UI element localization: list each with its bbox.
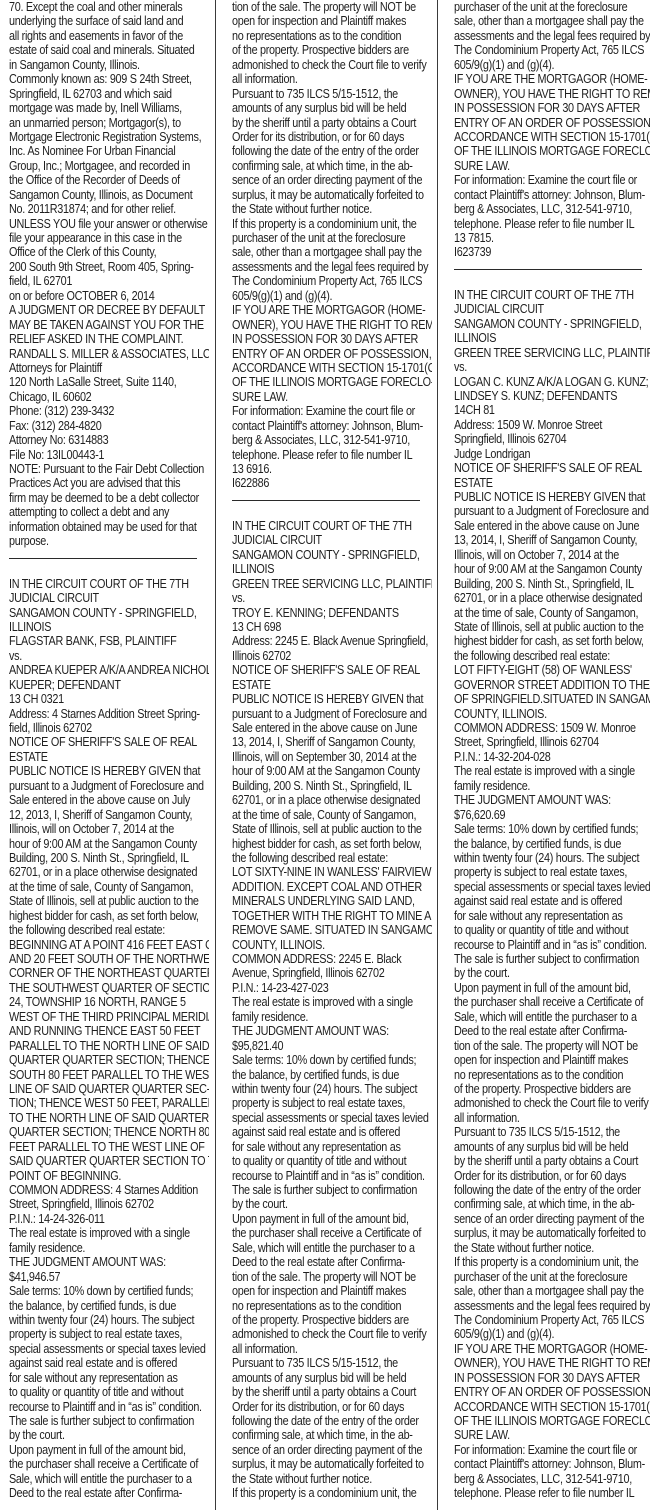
text-line: IN POSSESSION FOR 30 DAYS AFTER: [232, 332, 404, 346]
text-line: LINE OF SAID QUARTER QUARTER SEC-: [9, 1082, 181, 1096]
text-line: vs.: [9, 649, 181, 663]
text-line: CORNER OF THE NORTHEAST QUARTER OF: [9, 966, 181, 980]
text-line: COMMON ADDRESS: 4 Starnes Addition: [9, 1183, 181, 1197]
text-line: 13, 2014, I, Sheriff of Sangamon County,: [232, 735, 404, 749]
text-line: information obtained may be used for tha…: [9, 520, 181, 534]
text-line: Deed to the real estate after Confirma-: [232, 1255, 404, 1269]
text-line: assessments and the legal fees required …: [232, 260, 404, 274]
text-line: The sale is further subject to confirmat…: [454, 952, 623, 966]
text-line: 605/9(g)(1) and (g)(4).: [232, 289, 404, 303]
text-line: THE JUDGMENT AMOUNT WAS:: [9, 1255, 181, 1269]
text-line: the balance, by certified funds, is due: [454, 837, 623, 851]
text-line: contact Plaintiff's attorney: Johnson, B…: [454, 1457, 623, 1471]
text-line: 605/9(g)(1) and (g)(4).: [454, 1327, 623, 1341]
text-line: purpose.: [9, 534, 181, 548]
text-line: by the sheriff until a party obtains a C…: [454, 1154, 623, 1168]
text-line: SANGAMON COUNTY - SPRINGFIELD,: [9, 606, 181, 620]
text-line: hour of 9:00 AM at the Sangamon County: [232, 764, 404, 778]
text-line: COUNTY, ILLINOIS.: [454, 707, 623, 721]
text-line: field, Illinois 62702: [9, 721, 181, 735]
text-line: For information: Examine the court file …: [232, 404, 404, 418]
text-line: The sale is further subject to confirmat…: [9, 1414, 181, 1428]
text-line: Chicago, IL 60602: [9, 390, 181, 404]
text-line: purchaser of the unit at the foreclosure: [454, 0, 623, 14]
text-line: Order for its distribution, or for 60 da…: [454, 1169, 623, 1183]
text-line: ILLINOIS: [232, 562, 404, 576]
text-line: 605/9(g)(1) and (g)(4).: [454, 58, 623, 72]
text-line: Sale, which will entitle the purchaser t…: [9, 1472, 181, 1486]
text-line: The Condominium Property Act, 765 ILCS: [232, 274, 404, 288]
text-line: 70. Except the coal and other minerals: [9, 0, 181, 14]
text-line: ACCORDANCE WITH SECTION 15-1701(C): [232, 361, 404, 375]
text-line: within twenty four (24) hours. The subje…: [232, 1082, 404, 1096]
text-line: surplus, it may be automatically forfeit…: [454, 1226, 623, 1240]
text-line: admonished to check the Court file to ve…: [454, 1096, 623, 1110]
text-line: FLAGSTAR BANK, FSB, PLAINTIFF: [9, 634, 181, 648]
text-line: PUBLIC NOTICE IS HEREBY GIVEN that: [232, 692, 404, 706]
text-line: recourse to Plaintiff and in “as is” con…: [9, 1400, 181, 1414]
text-line: COMMON ADDRESS: 2245 E. Black: [232, 952, 404, 966]
text-line: OF THE ILLINOIS MORTGAGE FORECLO-: [454, 1414, 623, 1428]
text-line: Upon payment in full of the amount bid,: [454, 981, 623, 995]
text-line: sence of an order directing payment of t…: [232, 1443, 404, 1457]
text-line: Deed to the real estate after Confirma-: [454, 1024, 623, 1038]
text-line: ADDITION. EXCEPT COAL AND OTHER: [232, 880, 404, 894]
text-line: PUBLIC NOTICE IS HEREBY GIVEN that: [9, 764, 181, 778]
text-line: Phone: (312) 239-3432: [9, 404, 181, 418]
text-line: the State without further notice.: [454, 1241, 623, 1255]
text-line: purchaser of the unit at the foreclosure: [232, 231, 404, 245]
text-line: sale, other than a mortgagee shall pay t…: [454, 1284, 623, 1298]
text-line: 62701, or in a place otherwise designate…: [9, 865, 181, 879]
text-line: MINERALS UNDERLYING SAID LAND,: [232, 894, 404, 908]
text-line: Mortgage Electronic Registration Systems…: [9, 130, 181, 144]
text-line: OF THE ILLINOIS MORTGAGE FORECLO-: [232, 375, 404, 389]
text-line: TROY E. KENNING; DEFENDANTS: [232, 606, 404, 620]
text-line: special assessments or special taxes lev…: [454, 880, 623, 894]
text-line: ANDREA KUEPER A/K/A ANDREA NICHOLE: [9, 663, 181, 677]
text-line: mortgage was made by, Inell Williams,: [9, 101, 181, 115]
text-line: assessments and the legal fees required …: [454, 1299, 623, 1313]
notice-separator: [232, 500, 420, 501]
text-line: P.I.N.: 14-23-427-023: [232, 981, 404, 995]
text-line: JUDICIAL CIRCUIT: [9, 591, 181, 605]
text-line: SAID QUARTER QUARTER SECTION TO THE: [9, 1154, 181, 1168]
text-line: For information: Examine the court file …: [454, 1443, 623, 1457]
text-line: Address: 2245 E. Black Avenue Springfiel…: [232, 634, 404, 648]
text-line: Upon payment in full of the amount bid,: [232, 1212, 404, 1226]
text-line: sale, other than a mortgagee shall pay t…: [232, 245, 404, 259]
text-line: 14CH 81: [454, 403, 623, 417]
text-line: estate of said coal and minerals. Situat…: [9, 43, 181, 57]
text-line: vs.: [454, 360, 623, 374]
text-line: firm may be deemed to be a debt collecto…: [9, 491, 181, 505]
text-line: Springfield, Illinois 62704: [454, 432, 623, 446]
text-line: the State without further notice.: [232, 1472, 404, 1486]
notice-text-block: purchaser of the unit at the foreclosure…: [454, 0, 650, 260]
text-line: hour of 9:00 AM at the Sangamon County: [454, 562, 623, 576]
text-line: IN THE CIRCUIT COURT OF THE 7TH: [232, 519, 404, 533]
text-line: of the property. Prospective bidders are: [232, 43, 404, 57]
text-line: against said real estate and is offered: [9, 1356, 181, 1370]
text-line: JUDICIAL CIRCUIT: [454, 302, 623, 316]
text-line: ILLINOIS: [454, 331, 623, 345]
text-line: Office of the Clerk of this County,: [9, 245, 181, 259]
text-line: ILLINOIS: [9, 620, 181, 634]
text-line: $76,620.69: [454, 808, 623, 822]
text-line: for sale without any representation as: [9, 1371, 181, 1385]
text-line: RELIEF ASKED IN THE COMPLAINT.: [9, 332, 181, 346]
text-line: amounts of any surplus bid will be held: [232, 1371, 404, 1385]
text-line: recourse to Plaintiff and in “as is” con…: [454, 938, 623, 952]
text-line: REMOVE SAME. SITUATED IN SANGAMON: [232, 923, 404, 937]
text-line: I623739: [454, 245, 623, 259]
text-line: Group, Inc.; Mortgagee, and recorded in: [9, 159, 181, 173]
text-line: 12, 2013, I, Sheriff of Sangamon County,: [9, 808, 181, 822]
text-line: Practices Act you are advised that this: [9, 476, 181, 490]
text-line: attempting to collect a debt and any: [9, 505, 181, 519]
text-line: IF YOU ARE THE MORTGAGOR (HOME-: [454, 72, 623, 86]
text-line: UNLESS YOU file your answer or otherwise: [9, 217, 181, 231]
text-line: field, IL 62701: [9, 274, 181, 288]
text-line: File No: 13IL00443-1: [9, 448, 181, 462]
text-line: LOT SIXTY-NINE IN WANLESS' FAIRVIEW: [232, 865, 404, 879]
text-line: family residence.: [9, 1241, 181, 1255]
text-line: admonished to check the Court file to ve…: [232, 1327, 404, 1341]
text-line: ESTATE: [454, 476, 623, 490]
text-line: 13 6916.: [232, 462, 404, 476]
text-line: Sale terms: 10% down by certified funds;: [454, 822, 623, 836]
text-line: Building, 200 S. Ninth St., Springfield,…: [9, 851, 181, 865]
text-line: to quality or quantity of title and with…: [454, 923, 623, 937]
text-line: Order for its distribution, or for 60 da…: [232, 130, 404, 144]
text-line: QUARTER SECTION; THENCE NORTH 80: [9, 1125, 181, 1139]
text-line: Judge Londrigan: [454, 447, 623, 461]
text-line: following the date of the entry of the o…: [454, 1183, 623, 1197]
text-line: Building, 200 S. Ninth St., Springfield,…: [454, 577, 623, 591]
text-line: BEGINNING AT A POINT 416 FEET EAST OF: [9, 938, 181, 952]
text-line: property is subject to real estate taxes…: [9, 1327, 181, 1341]
text-line: the balance, by certified funds, is due: [9, 1299, 181, 1313]
text-line: tion of the sale. The property will NOT …: [232, 1270, 404, 1284]
text-line: OF THE ILLINOIS MORTGAGE FORECLO-: [454, 144, 623, 158]
text-line: recourse to Plaintiff and in “as is” con…: [232, 1169, 404, 1183]
text-line: berg & Associates, LLC, 312-541-9710,: [454, 1472, 623, 1486]
notice-separator: [9, 558, 197, 559]
text-line: NOTICE OF SHERIFF'S SALE OF REAL: [232, 663, 404, 677]
text-line: property is subject to real estate taxes…: [232, 1096, 404, 1110]
text-line: pursuant to a Judgment of Foreclosure an…: [9, 779, 181, 793]
text-line: Pursuant to 735 ILCS 5/15-1512, the: [454, 1125, 623, 1139]
text-line: the purchaser shall receive a Certificat…: [454, 995, 623, 1009]
text-line: $41,946.57: [9, 1270, 181, 1284]
text-line: Commonly known as: 909 S 24th Street,: [9, 72, 181, 86]
text-line: 13 CH 698: [232, 620, 404, 634]
text-line: 62701, or in a place otherwise designate…: [232, 793, 404, 807]
text-line: the following described real estate:: [454, 649, 623, 663]
text-line: telephone. Please refer to file number I…: [454, 1486, 623, 1500]
text-line: I622886: [232, 476, 404, 490]
text-line: NOTICE OF SHERIFF'S SALE OF REAL: [9, 735, 181, 749]
text-line: 13 CH 0321: [9, 692, 181, 706]
text-line: all information.: [454, 1111, 623, 1125]
text-line: Illinois, will on October 7, 2014 at the: [9, 822, 181, 836]
text-line: Upon payment in full of the amount bid,: [9, 1443, 181, 1457]
text-line: confirming sale, at which time, in the a…: [454, 1197, 623, 1211]
text-line: The real estate is improved with a singl…: [454, 764, 623, 778]
notice-text-block: IN THE CIRCUIT COURT OF THE 7THJUDICIAL …: [9, 577, 209, 1501]
text-line: IF YOU ARE THE MORTGAGOR (HOME-: [454, 1342, 623, 1356]
text-line: property is subject to real estate taxes…: [454, 865, 623, 879]
text-line: JUDICIAL CIRCUIT: [232, 533, 404, 547]
text-line: The sale is further subject to confirmat…: [232, 1183, 404, 1197]
text-line: sale, other than a mortgagee shall pay t…: [454, 14, 623, 28]
text-line: PARALLEL TO THE NORTH LINE OF SAID: [9, 1039, 181, 1053]
text-line: open for inspection and Plaintiff makes: [232, 1284, 404, 1298]
text-line: all rights and easements in favor of the: [9, 29, 181, 43]
text-line: SANGAMON COUNTY - SPRINGFIELD,: [232, 548, 404, 562]
text-line: the purchaser shall receive a Certificat…: [9, 1457, 181, 1471]
text-line: an unmarried person; Mortgagor(s), to: [9, 116, 181, 130]
text-line: highest bidder for cash, as set forth be…: [232, 837, 404, 851]
text-line: RANDALL S. MILLER & ASSOCIATES, LLC: [9, 347, 181, 361]
text-line: the purchaser shall receive a Certificat…: [232, 1226, 404, 1240]
text-line: Street, Springfield, Illinois 62702: [9, 1197, 181, 1211]
text-line: surplus, it may be automatically forfeit…: [232, 188, 404, 202]
text-line: the Office of the Recorder of Deeds of: [9, 173, 181, 187]
text-line: open for inspection and Plaintiff makes: [454, 1053, 623, 1067]
column-1: 70. Except the coal and other mineralsun…: [9, 0, 209, 1510]
text-line: For information: Examine the court file …: [454, 173, 623, 187]
text-line: no representations as to the condition: [232, 29, 404, 43]
text-line: ENTRY OF AN ORDER OF POSSESSION, IN: [232, 347, 404, 361]
text-line: Illinois, will on October 7, 2014 at the: [454, 548, 623, 562]
text-line: no representations as to the condition: [232, 1299, 404, 1313]
text-line: assessments and the legal fees required …: [454, 29, 623, 43]
text-line: Sale terms: 10% down by certified funds;: [232, 1053, 404, 1067]
text-line: contact Plaintiff's attorney: Johnson, B…: [454, 188, 623, 202]
text-line: 200 South 9th Street, Room 405, Spring-: [9, 260, 181, 274]
text-line: WEST OF THE THIRD PRINCIPAL MERIDIAN: [9, 1010, 181, 1024]
text-line: LOT FIFTY-EIGHT (58) OF WANLESS': [454, 663, 623, 677]
text-line: State of Illinois, sell at public auctio…: [454, 620, 623, 634]
text-line: by the court.: [232, 1197, 404, 1211]
text-line: the balance, by certified funds, is due: [232, 1068, 404, 1082]
text-line: underlying the surface of said land and: [9, 14, 181, 28]
text-line: for sale without any representation as: [232, 1140, 404, 1154]
text-line: all information.: [232, 1342, 404, 1356]
text-line: Springfield, IL 62703 and which said: [9, 87, 181, 101]
text-line: AND RUNNING THENCE EAST 50 FEET: [9, 1024, 181, 1038]
text-line: by the sheriff until a party obtains a C…: [232, 116, 404, 130]
text-line: Deed to the real estate after Confirma-: [9, 1486, 181, 1500]
text-line: berg & Associates, LLC, 312-541-9710,: [454, 202, 623, 216]
text-line: highest bidder for cash, as set forth be…: [9, 909, 181, 923]
text-line: Sangamon County, Illinois, as Document: [9, 188, 181, 202]
text-line: sence of an order directing payment of t…: [454, 1212, 623, 1226]
legal-notices-page: 70. Except the coal and other mineralsun…: [0, 0, 652, 1510]
text-line: Attorneys for Plaintiff: [9, 361, 181, 375]
text-line: 13 7815.: [454, 231, 623, 245]
text-line: all information.: [232, 72, 404, 86]
notice-text-block: 70. Except the coal and other mineralsun…: [9, 0, 209, 549]
text-line: telephone. Please refer to file number I…: [454, 217, 623, 231]
text-line: Attorney No: 6314883: [9, 433, 181, 447]
text-line: OWNER), YOU HAVE THE RIGHT TO REMAIN: [454, 1356, 623, 1370]
text-line: Illinois, will on September 30, 2014 at …: [232, 750, 404, 764]
text-line: FEET PARALLEL TO THE WEST LINE OF: [9, 1140, 181, 1154]
text-line: THE JUDGMENT AMOUNT WAS:: [454, 793, 623, 807]
text-line: no representations as to the condition: [454, 1068, 623, 1082]
text-line: surplus, it may be automatically forfeit…: [232, 1457, 404, 1471]
text-line: for sale without any representation as: [454, 909, 623, 923]
text-line: Order for its distribution, or for 60 da…: [232, 1400, 404, 1414]
text-line: Sale entered in the above cause on June: [454, 519, 623, 533]
text-line: 13, 2014, I, Sheriff of Sangamon County,: [454, 533, 623, 547]
text-line: IF YOU ARE THE MORTGAGOR (HOME-: [232, 303, 404, 317]
text-line: the following described real estate:: [9, 923, 181, 937]
text-line: Street, Springfield, Illinois 62704: [454, 735, 623, 749]
text-line: Illinois 62702: [232, 649, 404, 663]
text-line: Sale terms: 10% down by certified funds;: [9, 1284, 181, 1298]
text-line: The real estate is improved with a singl…: [9, 1226, 181, 1240]
text-line: amounts of any surplus bid will be held: [454, 1140, 623, 1154]
text-line: GREEN TREE SERVICING LLC, PLAINTIFF: [454, 346, 623, 360]
text-line: pursuant to a Judgment of Foreclosure an…: [454, 504, 623, 518]
text-line: the following described real estate:: [232, 851, 404, 865]
text-line: tion of the sale. The property will NOT …: [232, 0, 404, 14]
text-line: The real estate is improved with a singl…: [232, 995, 404, 1009]
text-line: COUNTY, ILLINOIS.: [232, 938, 404, 952]
text-line: OWNER), YOU HAVE THE RIGHT TO REMAIN: [454, 87, 623, 101]
text-line: ENTRY OF AN ORDER OF POSSESSION, IN: [454, 116, 623, 130]
text-line: P.I.N.: 14-32-204-028: [454, 750, 623, 764]
text-line: IN POSSESSION FOR 30 DAYS AFTER: [454, 101, 623, 115]
text-line: special assessments or special taxes lev…: [232, 1111, 404, 1125]
text-line: on or before OCTOBER 6, 2014: [9, 289, 181, 303]
text-line: QUARTER QUARTER SECTION; THENCE: [9, 1053, 181, 1067]
text-line: TOGETHER WITH THE RIGHT TO MINE AND: [232, 909, 404, 923]
text-line: ESTATE: [232, 678, 404, 692]
text-line: Inc. As Nominee For Urban Financial: [9, 144, 181, 158]
text-line: IN THE CIRCUIT COURT OF THE 7TH: [9, 577, 181, 591]
text-line: Pursuant to 735 ILCS 5/15-1512, the: [232, 87, 404, 101]
text-line: purchaser of the unit at the foreclosure: [454, 1270, 623, 1284]
text-line: POINT OF BEGINNING.: [9, 1169, 181, 1183]
text-line: Pursuant to 735 ILCS 5/15-1512, the: [232, 1356, 404, 1370]
text-line: 24, TOWNSHIP 16 NORTH, RANGE 5: [9, 995, 181, 1009]
text-line: SANGAMON COUNTY - SPRINGFIELD,: [454, 317, 623, 331]
text-line: sence of an order directing payment of t…: [232, 173, 404, 187]
text-line: of the property. Prospective bidders are: [454, 1082, 623, 1096]
column-rule: [437, 0, 438, 1510]
text-line: family residence.: [454, 779, 623, 793]
text-line: SURE LAW.: [454, 159, 623, 173]
text-line: of the property. Prospective bidders are: [232, 1313, 404, 1327]
text-line: LOGAN C. KUNZ A/K/A LOGAN G. KUNZ;: [454, 375, 623, 389]
text-line: A JUDGMENT OR DECREE BY DEFAULT: [9, 303, 181, 317]
text-line: the State without further notice.: [232, 202, 404, 216]
text-line: KUEPER; DEFENDANT: [9, 678, 181, 692]
text-line: Fax: (312) 284-4820: [9, 419, 181, 433]
text-line: Sale, which will entitle the purchaser t…: [232, 1241, 404, 1255]
text-line: file your appearance in this case in the: [9, 231, 181, 245]
text-line: COMMON ADDRESS: 1509 W. Monroe: [454, 721, 623, 735]
text-line: SURE LAW.: [232, 390, 404, 404]
text-line: AND 20 FEET SOUTH OF THE NORTHWEST: [9, 952, 181, 966]
text-line: THE JUDGMENT AMOUNT WAS:: [232, 1024, 404, 1038]
text-line: 62701, or in a place otherwise designate…: [454, 591, 623, 605]
text-line: Building, 200 S. Ninth St., Springfield,…: [232, 779, 404, 793]
text-line: special assessments or special taxes lev…: [9, 1342, 181, 1356]
text-line: OF SPRINGFIELD.SITUATED IN SANGAMON: [454, 692, 623, 706]
text-line: following the date of the entry of the o…: [232, 1414, 404, 1428]
text-line: against said real estate and is offered: [232, 1125, 404, 1139]
text-line: IN POSSESSION FOR 30 DAYS AFTER: [454, 1371, 623, 1385]
text-line: NOTE: Pursuant to the Fair Debt Collecti…: [9, 462, 181, 476]
text-line: to quality or quantity of title and with…: [9, 1385, 181, 1399]
text-line: State of Illinois, sell at public auctio…: [9, 894, 181, 908]
text-line: against said real estate and is offered: [454, 894, 623, 908]
text-line: in Sangamon County, Illinois.: [9, 58, 181, 72]
text-line: P.I.N.: 14-24-326-011: [9, 1212, 181, 1226]
text-line: at the time of sale, County of Sangamon,: [232, 808, 404, 822]
text-line: highest bidder for cash, as set forth be…: [454, 634, 623, 648]
text-line: PUBLIC NOTICE IS HEREBY GIVEN that: [454, 490, 623, 504]
text-line: NOTICE OF SHERIFF'S SALE OF REAL: [454, 461, 623, 475]
text-line: amounts of any surplus bid will be held: [232, 101, 404, 115]
text-line: open for inspection and Plaintiff makes: [232, 14, 404, 28]
text-line: pursuant to a Judgment of Foreclosure an…: [232, 707, 404, 721]
text-line: Sale entered in the above cause on July: [9, 793, 181, 807]
text-line: vs.: [232, 591, 404, 605]
text-line: confirming sale, at which time, in the a…: [232, 1428, 404, 1442]
text-line: $95,821.40: [232, 1039, 404, 1053]
text-line: Avenue, Springfield, Illinois 62702: [232, 966, 404, 980]
text-line: tion of the sale. The property will NOT …: [454, 1039, 623, 1053]
text-line: ACCORDANCE WITH SECTION 15-1701(C): [454, 1400, 623, 1414]
text-line: by the sheriff until a party obtains a C…: [232, 1385, 404, 1399]
text-line: 120 North LaSalle Street, Suite 1140,: [9, 375, 181, 389]
text-line: OWNER), YOU HAVE THE RIGHT TO REMAIN: [232, 318, 404, 332]
notice-text-block: IN THE CIRCUIT COURT OF THE 7THJUDICIAL …: [454, 288, 650, 1501]
text-line: THE SOUTHWEST QUARTER OF SECTION: [9, 981, 181, 995]
text-line: The Condominium Property Act, 765 ILCS: [454, 1313, 623, 1327]
text-line: telephone. Please refer to file number I…: [232, 448, 404, 462]
text-line: The Condominium Property Act, 765 ILCS: [454, 43, 623, 57]
column-3: purchaser of the unit at the foreclosure…: [454, 0, 650, 1510]
text-line: confirming sale, at which time, in the a…: [232, 159, 404, 173]
text-line: State of Illinois, sell at public auctio…: [232, 822, 404, 836]
text-line: ENTRY OF AN ORDER OF POSSESSION, IN: [454, 1385, 623, 1399]
text-line: TION; THENCE WEST 50 FEET, PARALLEL: [9, 1096, 181, 1110]
text-line: If this property is a condominium unit, …: [454, 1255, 623, 1269]
text-line: IN THE CIRCUIT COURT OF THE 7TH: [454, 288, 623, 302]
text-line: berg & Associates, LLC, 312-541-9710,: [232, 433, 404, 447]
text-line: at the time of sale, County of Sangamon,: [9, 880, 181, 894]
text-line: If this property is a condominium unit, …: [232, 217, 404, 231]
text-line: contact Plaintiff's attorney: Johnson, B…: [232, 419, 404, 433]
text-line: Address: 4 Starnes Addition Street Sprin…: [9, 707, 181, 721]
text-line: No. 2011R31874; and for other relief.: [9, 202, 181, 216]
text-line: MAY BE TAKEN AGAINST YOU FOR THE: [9, 318, 181, 332]
text-line: Sale, which will entitle the purchaser t…: [454, 1010, 623, 1024]
text-line: GOVERNOR STREET ADDITION TO THE CITY: [454, 678, 623, 692]
notice-text-block: tion of the sale. The property will NOT …: [232, 0, 432, 491]
text-line: ACCORDANCE WITH SECTION 15-1701(C): [454, 130, 623, 144]
column-rule: [215, 0, 216, 1510]
text-line: SOUTH 80 FEET PARALLEL TO THE WEST: [9, 1068, 181, 1082]
